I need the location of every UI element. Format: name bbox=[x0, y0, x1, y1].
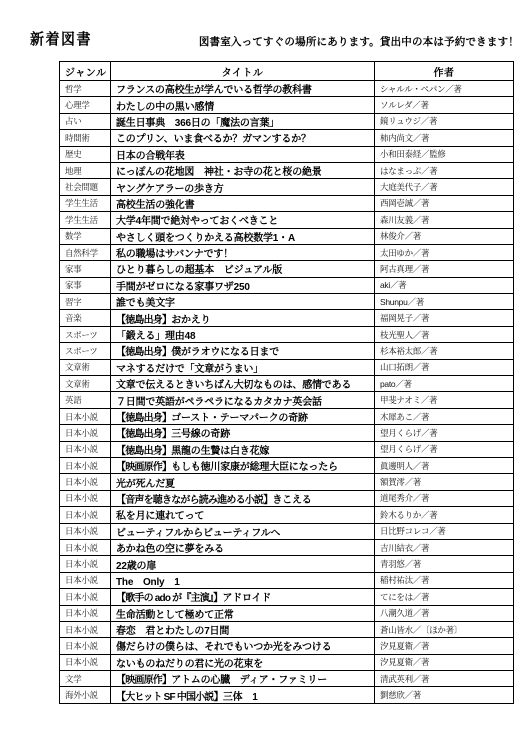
title-cell: The Only 1 bbox=[111, 572, 375, 588]
table-row: 地理にっぽんの花地図 神社・お寺の花と桜の絶景はなまっぷ／著 bbox=[60, 162, 514, 178]
title-cell: ビューティフルからビューティフルへ bbox=[111, 523, 375, 539]
genre-cell: 文章術 bbox=[60, 376, 111, 392]
title-text: にっぽんの花地図 神社・お寺の花と桜の絶景 bbox=[116, 167, 322, 178]
genre-cell: 日本小説 bbox=[60, 621, 111, 637]
title-cell: マネするだけで「文章がうまい」 bbox=[111, 359, 375, 375]
title-cell: 文章で伝えるときいちばん大切なものは、感情である bbox=[111, 376, 375, 392]
genre-cell: 学生生活 bbox=[60, 212, 111, 228]
title-text: 誰でも美文字 bbox=[116, 298, 175, 309]
table-row: 日本小説【徳島出身】黒龍の生贄は白き花嫁望月くらげ／著 bbox=[60, 441, 514, 457]
author-cell: 青羽悠／著 bbox=[375, 556, 514, 572]
title-cell: 22歳の扉 bbox=[111, 556, 375, 572]
title-cell: 【映画原作】アトムの心臓 ディア・ファミリー bbox=[111, 671, 375, 687]
title-cell: 【徳島出身】僕がラオウになる日まで bbox=[111, 343, 375, 359]
title-tag: 【映画原作】 bbox=[116, 675, 171, 686]
genre-cell: 日本小説 bbox=[60, 654, 111, 670]
title-text: 傷だらけの僕らは、それでもいつか光をみつける bbox=[116, 642, 331, 653]
title-text: ないものねだりの君に光の花束を bbox=[116, 659, 263, 670]
author-cell: aki／著 bbox=[375, 277, 514, 293]
author-cell: 汐見夏衛／著 bbox=[375, 654, 514, 670]
genre-cell: 日本小説 bbox=[60, 523, 111, 539]
table-body: 哲学フランスの高校生が学んでいる哲学の教科書シャルル・ペパン／著心理学わたしの中… bbox=[60, 81, 514, 704]
table-row: 日本小説ビューティフルからビューティフルへ日比野コレコ／著 bbox=[60, 523, 514, 539]
genre-cell: 哲学 bbox=[60, 81, 111, 97]
title-cell: 私を月に連れてって bbox=[111, 507, 375, 523]
table-row: 心理学わたしの中の黒い感情ソルレダ／著 bbox=[60, 97, 514, 113]
author-cell: 杉本裕太郎／著 bbox=[375, 343, 514, 359]
title-text: きこえる bbox=[272, 495, 311, 506]
author-cell: 汐見夏衛／著 bbox=[375, 638, 514, 654]
table-row: 文章術文章で伝えるときいちばん大切なものは、感情であるpato／著 bbox=[60, 376, 514, 392]
title-tag: 【大ヒット SF 中国小説】 bbox=[116, 692, 223, 703]
title-tag: 【徳島出身】 bbox=[116, 413, 171, 424]
new-books-page: 新着図書 図書室入ってすぐの場所にあります。貸出中の本は予約できます！ ジャンル… bbox=[0, 0, 526, 746]
genre-cell: 音楽 bbox=[60, 310, 111, 326]
table-row: 時間術このプリン、いま食べるか？ガマンするか？柿内尚文／著 bbox=[60, 130, 514, 146]
title-text: やさしく頭をつくりかえる高校数学1・A bbox=[116, 233, 295, 244]
genre-cell: 社会問題 bbox=[60, 179, 111, 195]
genre-cell: 歴史 bbox=[60, 146, 111, 162]
genre-cell: 日本小説 bbox=[60, 507, 111, 523]
table-row: 占い誕生日事典 366日の「魔法の言葉」鏡リュウジ／著 bbox=[60, 113, 514, 129]
author-cell: 小和田泰経／監修 bbox=[375, 146, 514, 162]
author-cell: 山口拓朗／著 bbox=[375, 359, 514, 375]
table-row: 音楽【徳島出身】おかえり福岡晃子／著 bbox=[60, 310, 514, 326]
title-text: アドロイド bbox=[222, 593, 271, 604]
genre-cell: 英語 bbox=[60, 392, 111, 408]
table-row: 日本小説【歌手の ado が『主演』】アドロイドてにをは／著 bbox=[60, 589, 514, 605]
title-text: ７日間で英語がペラペラになるカタカナ英会話 bbox=[116, 397, 322, 408]
title-cell: 【徳島出身】三号線の奇跡 bbox=[111, 425, 375, 441]
title-text: 文章で伝えるときいちばん大切なものは、感情である bbox=[116, 380, 351, 391]
table-row: 家事ひとり暮らしの超基本 ビジュアル版阿古真理／著 bbox=[60, 261, 514, 277]
genre-cell: スポーツ bbox=[60, 343, 111, 359]
author-cell: 稲村祐汰／著 bbox=[375, 572, 514, 588]
table-row: 数学やさしく頭をつくりかえる高校数学1・A林俊介／著 bbox=[60, 228, 514, 244]
title-cell: 誕生日事典 366日の「魔法の言葉」 bbox=[111, 113, 375, 129]
title-text: 僕がラオウになる日まで bbox=[171, 347, 279, 358]
title-text: 日本の合戦年表 bbox=[116, 151, 185, 162]
title-text: 誕生日事典 366日の「魔法の言葉」 bbox=[116, 118, 279, 129]
genre-cell: 日本小説 bbox=[60, 572, 111, 588]
title-text: ビューティフルからビューティフルへ bbox=[116, 528, 280, 539]
table-row: 自然科学私の職場はサバンナです！太田ゆか／著 bbox=[60, 244, 514, 260]
table-row: 日本小説傷だらけの僕らは、それでもいつか光をみつける汐見夏衛／著 bbox=[60, 638, 514, 654]
title-text: あかね色の空に夢をみる bbox=[116, 544, 224, 555]
author-cell: 額賀澪／著 bbox=[375, 474, 514, 490]
genre-cell: 日本小説 bbox=[60, 638, 111, 654]
genre-cell: 日本小説 bbox=[60, 589, 111, 605]
title-text: おかえり bbox=[171, 315, 210, 326]
author-cell: 林俊介／著 bbox=[375, 228, 514, 244]
title-cell: ヤングケアラーの歩き方 bbox=[111, 179, 375, 195]
table-row: スポーツ【徳島出身】僕がラオウになる日まで杉本裕太郎／著 bbox=[60, 343, 514, 359]
author-cell: 眞邊明人／著 bbox=[375, 457, 514, 473]
author-cell: 森川友義／著 bbox=[375, 212, 514, 228]
author-cell: てにをは／著 bbox=[375, 589, 514, 605]
table-row: 日本小説22歳の扉青羽悠／著 bbox=[60, 556, 514, 572]
genre-cell: 日本小説 bbox=[60, 556, 111, 572]
genre-cell: 日本小説 bbox=[60, 457, 111, 473]
author-cell: 劉慈欣／著 bbox=[375, 687, 514, 703]
col-header-genre: ジャンル bbox=[60, 62, 111, 81]
author-cell: 西岡壱誠／著 bbox=[375, 195, 514, 211]
col-header-title: タイトル bbox=[111, 62, 375, 81]
table-row: 社会問題ヤングケアラーの歩き方大庭美代子／著 bbox=[60, 179, 514, 195]
title-tag: 【徳島出身】 bbox=[116, 446, 171, 457]
title-text: ひとり暮らしの超基本 ビジュアル版 bbox=[116, 265, 282, 276]
title-text: このプリン、いま食べるか？ガマンするか？ bbox=[116, 134, 311, 145]
title-text: わたしの中の黒い感情 bbox=[116, 102, 214, 113]
genre-cell: 時間術 bbox=[60, 130, 111, 146]
title-cell: 【音声を聴きながら読み進める小説】きこえる bbox=[111, 490, 375, 506]
table-row: 学生生活大学4年間で絶対やっておくべきこと森川友義／著 bbox=[60, 212, 514, 228]
title-cell: ないものねだりの君に光の花束を bbox=[111, 654, 375, 670]
title-cell: ひとり暮らしの超基本 ビジュアル版 bbox=[111, 261, 375, 277]
genre-cell: 地理 bbox=[60, 162, 111, 178]
author-cell: 清武英利／著 bbox=[375, 671, 514, 687]
table-row: 海外小説【大ヒット SF 中国小説】三体 1劉慈欣／著 bbox=[60, 687, 514, 703]
author-cell: 福岡晃子／著 bbox=[375, 310, 514, 326]
page-header: 新着図書 図書室入ってすぐの場所にあります。貸出中の本は予約できます！ bbox=[30, 29, 519, 49]
title-cell: 光が死んだ夏 bbox=[111, 474, 375, 490]
table-row: 日本小説あかね色の空に夢をみる吉川結衣／著 bbox=[60, 539, 514, 555]
title-text: ヤングケアラーの歩き方 bbox=[116, 184, 224, 195]
title-text: 三号線の奇跡 bbox=[171, 429, 230, 440]
title-tag: 【音声を聴きながら読み進める小説】 bbox=[116, 495, 272, 506]
title-text: 「鍛える」理由48 bbox=[116, 331, 195, 342]
genre-cell: 日本小説 bbox=[60, 408, 111, 424]
genre-cell: 数学 bbox=[60, 228, 111, 244]
table-row: 日本小説生命活動として極めて正常八潮久道／著 bbox=[60, 605, 514, 621]
genre-cell: 文学 bbox=[60, 671, 111, 687]
table-row: 哲学フランスの高校生が学んでいる哲学の教科書シャルル・ペパン／著 bbox=[60, 81, 514, 97]
genre-cell: 日本小説 bbox=[60, 539, 111, 555]
title-cell: 傷だらけの僕らは、それでもいつか光をみつける bbox=[111, 638, 375, 654]
title-text: 22歳の扉 bbox=[116, 561, 156, 572]
genre-cell: 家事 bbox=[60, 277, 111, 293]
genre-cell: 習字 bbox=[60, 294, 111, 310]
author-cell: Shunpu／著 bbox=[375, 294, 514, 310]
title-cell: 高校生活の強化書 bbox=[111, 195, 375, 211]
table-row: 日本小説春恋 君とわたしの7日間蒼山皆水／〔ほか著〕 bbox=[60, 621, 514, 637]
author-cell: 日比野コレコ／著 bbox=[375, 523, 514, 539]
author-cell: 吉川結衣／著 bbox=[375, 539, 514, 555]
table-row: 習字誰でも美文字Shunpu／著 bbox=[60, 294, 514, 310]
author-cell: ソルレダ／著 bbox=[375, 97, 514, 113]
title-cell: 【映画原作】もしも徳川家康が総理大臣になったら bbox=[111, 457, 375, 473]
page-title: 新着図書 bbox=[30, 29, 92, 50]
title-text: 手間がゼロになる家事ワザ250 bbox=[116, 282, 250, 293]
title-cell: 【徳島出身】おかえり bbox=[111, 310, 375, 326]
table-row: 日本小説【映画原作】もしも徳川家康が総理大臣になったら眞邊明人／著 bbox=[60, 457, 514, 473]
title-text: 私を月に連れてって bbox=[116, 511, 204, 522]
title-tag: 【徳島出身】 bbox=[116, 347, 171, 358]
title-tag: 【歌手の ado が『主演』】 bbox=[116, 593, 222, 604]
title-cell: 日本の合戦年表 bbox=[111, 146, 375, 162]
title-cell: 誰でも美文字 bbox=[111, 294, 375, 310]
title-tag: 【徳島出身】 bbox=[116, 429, 171, 440]
author-cell: 道尾秀介／著 bbox=[375, 490, 514, 506]
title-cell: 「鍛える」理由48 bbox=[111, 326, 375, 342]
table-row: 学生生活高校生活の強化書西岡壱誠／著 bbox=[60, 195, 514, 211]
table-row: 日本小説私を月に連れてって鈴木るりか／著 bbox=[60, 507, 514, 523]
table-row: 日本小説The Only 1稲村祐汰／著 bbox=[60, 572, 514, 588]
genre-cell: 家事 bbox=[60, 261, 111, 277]
author-cell: 太田ゆか／著 bbox=[375, 244, 514, 260]
title-tag: 【徳島出身】 bbox=[116, 315, 171, 326]
author-cell: 八潮久道／著 bbox=[375, 605, 514, 621]
title-cell: 大学4年間で絶対やっておくべきこと bbox=[111, 212, 375, 228]
title-cell: 【大ヒット SF 中国小説】三体 1 bbox=[111, 687, 375, 703]
author-cell: はなまっぷ／著 bbox=[375, 162, 514, 178]
author-cell: 望月くらげ／著 bbox=[375, 425, 514, 441]
genre-cell: 海外小説 bbox=[60, 687, 111, 703]
table-row: 日本小説【音声を聴きながら読み進める小説】きこえる道尾秀介／著 bbox=[60, 490, 514, 506]
genre-cell: 日本小説 bbox=[60, 490, 111, 506]
title-text: 春恋 君とわたしの7日間 bbox=[116, 626, 229, 637]
table-row: 日本小説光が死んだ夏額賀澪／著 bbox=[60, 474, 514, 490]
title-text: マネするだけで「文章がうまい」 bbox=[116, 364, 263, 375]
genre-cell: 学生生活 bbox=[60, 195, 111, 211]
location-note: 図書室入ってすぐの場所にあります。貸出中の本は予約できます！ bbox=[199, 34, 519, 49]
title-tag: 【映画原作】 bbox=[116, 462, 171, 473]
genre-cell: 日本小説 bbox=[60, 425, 111, 441]
author-cell: 甲斐ナオミ／著 bbox=[375, 392, 514, 408]
author-cell: 木犀あこ／著 bbox=[375, 408, 514, 424]
table-row: 日本小説ないものねだりの君に光の花束を汐見夏衛／著 bbox=[60, 654, 514, 670]
author-cell: 柿内尚文／著 bbox=[375, 130, 514, 146]
title-text: 光が死んだ夏 bbox=[116, 479, 175, 490]
books-table: ジャンル タイトル 作者 哲学フランスの高校生が学んでいる哲学の教科書シャルル・… bbox=[59, 61, 514, 704]
title-cell: わたしの中の黒い感情 bbox=[111, 97, 375, 113]
author-cell: 大庭美代子／著 bbox=[375, 179, 514, 195]
genre-cell: 日本小説 bbox=[60, 474, 111, 490]
title-cell: 私の職場はサバンナです！ bbox=[111, 244, 375, 260]
title-cell: やさしく頭をつくりかえる高校数学1・A bbox=[111, 228, 375, 244]
title-text: 大学4年間で絶対やっておくべきこと bbox=[116, 216, 278, 227]
table-row: 英語７日間で英語がペラペラになるカタカナ英会話甲斐ナオミ／著 bbox=[60, 392, 514, 408]
table-row: 文章術マネするだけで「文章がうまい」山口拓朗／著 bbox=[60, 359, 514, 375]
author-cell: pato／著 bbox=[375, 376, 514, 392]
title-text: もしも徳川家康が総理大臣になったら bbox=[171, 462, 338, 473]
genre-cell: スポーツ bbox=[60, 326, 111, 342]
author-cell: 枝光聖人／著 bbox=[375, 326, 514, 342]
author-cell: 蒼山皆水／〔ほか著〕 bbox=[375, 621, 514, 637]
title-cell: ７日間で英語がペラペラになるカタカナ英会話 bbox=[111, 392, 375, 408]
table-row: スポーツ「鍛える」理由48枝光聖人／著 bbox=[60, 326, 514, 342]
title-text: 私の職場はサバンナです！ bbox=[116, 249, 233, 260]
title-cell: 手間がゼロになる家事ワザ250 bbox=[111, 277, 375, 293]
title-text: 黒龍の生贄は白き花嫁 bbox=[171, 446, 269, 457]
title-cell: 春恋 君とわたしの7日間 bbox=[111, 621, 375, 637]
title-text: 生命活動として極めて正常 bbox=[116, 610, 234, 621]
title-cell: あかね色の空に夢をみる bbox=[111, 539, 375, 555]
table-row: 日本小説【徳島出身】三号線の奇跡望月くらげ／著 bbox=[60, 425, 514, 441]
title-cell: にっぽんの花地図 神社・お寺の花と桜の絶景 bbox=[111, 162, 375, 178]
title-cell: 【歌手の ado が『主演』】アドロイド bbox=[111, 589, 375, 605]
author-cell: 鈴木るりか／著 bbox=[375, 507, 514, 523]
title-cell: このプリン、いま食べるか？ガマンするか？ bbox=[111, 130, 375, 146]
title-text: 高校生活の強化書 bbox=[116, 200, 194, 211]
table-row: 家事手間がゼロになる家事ワザ250aki／著 bbox=[60, 277, 514, 293]
title-text: アトムの心臓 ディア・ファミリー bbox=[171, 675, 327, 686]
table-header-row: ジャンル タイトル 作者 bbox=[60, 62, 514, 81]
title-text: フランスの高校生が学んでいる哲学の教科書 bbox=[116, 85, 312, 96]
table-row: 日本小説【徳島出身】ゴースト・テーマパークの奇跡木犀あこ／著 bbox=[60, 408, 514, 424]
author-cell: 望月くらげ／著 bbox=[375, 441, 514, 457]
genre-cell: 日本小説 bbox=[60, 605, 111, 621]
author-cell: 阿古真理／著 bbox=[375, 261, 514, 277]
genre-cell: 心理学 bbox=[60, 97, 111, 113]
genre-cell: 自然科学 bbox=[60, 244, 111, 260]
genre-cell: 日本小説 bbox=[60, 441, 111, 457]
title-text: 三体 1 bbox=[223, 692, 258, 703]
genre-cell: 文章術 bbox=[60, 359, 111, 375]
col-header-author: 作者 bbox=[375, 62, 514, 81]
author-cell: 鏡リュウジ／著 bbox=[375, 113, 514, 129]
title-cell: 【徳島出身】黒龍の生贄は白き花嫁 bbox=[111, 441, 375, 457]
table-row: 歴史日本の合戦年表小和田泰経／監修 bbox=[60, 146, 514, 162]
author-cell: シャルル・ペパン／著 bbox=[375, 81, 514, 97]
title-cell: 生命活動として極めて正常 bbox=[111, 605, 375, 621]
title-cell: 【徳島出身】ゴースト・テーマパークの奇跡 bbox=[111, 408, 375, 424]
title-text: ゴースト・テーマパークの奇跡 bbox=[171, 413, 308, 424]
title-text: The Only 1 bbox=[116, 577, 180, 588]
genre-cell: 占い bbox=[60, 113, 111, 129]
title-cell: フランスの高校生が学んでいる哲学の教科書 bbox=[111, 81, 375, 97]
table-row: 文学【映画原作】アトムの心臓 ディア・ファミリー清武英利／著 bbox=[60, 671, 514, 687]
